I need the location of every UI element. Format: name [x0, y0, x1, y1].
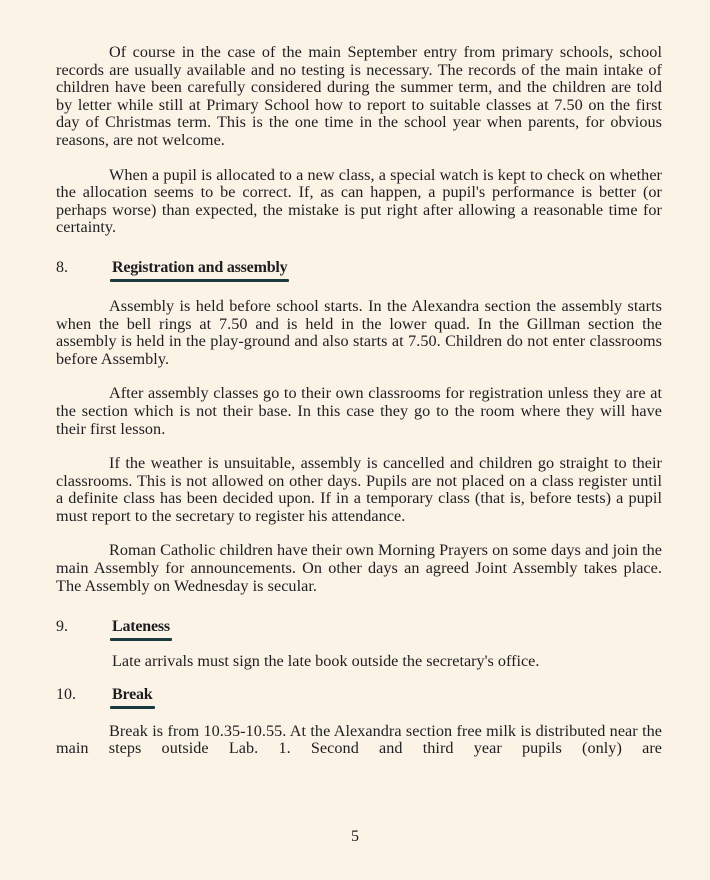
paragraph-after-assembly: After assembly classes go to their own c…: [56, 385, 662, 438]
section-title: Registration and assembly: [112, 259, 287, 282]
document-page: Of course in the case of the main Septem…: [56, 40, 662, 758]
section-heading-break: 10. Break: [56, 686, 662, 709]
section-heading-lateness: 9. Lateness: [56, 618, 662, 641]
section-number: 8.: [56, 259, 112, 277]
section-heading-registration: 8. Registration and assembly: [56, 259, 662, 282]
paragraph-assembly-times: Assembly is held before school starts. I…: [56, 298, 662, 368]
section-title: Break: [112, 686, 153, 709]
paragraph-september-entry: Of course in the case of the main Septem…: [56, 44, 662, 150]
section-number: 9.: [56, 618, 112, 636]
section-number: 10.: [56, 686, 112, 704]
paragraph-weather: If the weather is unsuitable, assembly i…: [56, 455, 662, 525]
section-title: Lateness: [112, 618, 170, 641]
paragraph-break-times: Break is from 10.35-10.55. At the Alexan…: [56, 723, 662, 758]
page-number: 5: [0, 828, 710, 846]
paragraph-class-allocation: When a pupil is allocated to a new class…: [56, 167, 662, 237]
paragraph-roman-catholic: Roman Catholic children have their own M…: [56, 542, 662, 595]
paragraph-late-arrivals: Late arrivals must sign the late book ou…: [56, 653, 662, 671]
